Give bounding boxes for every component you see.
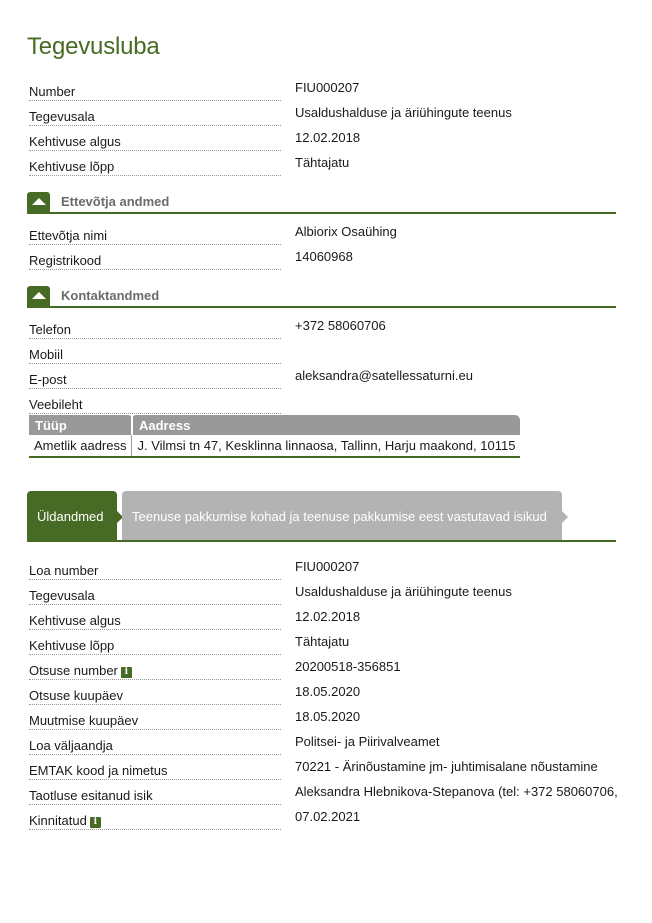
address-type-cell: Ametlik aadress	[29, 435, 132, 457]
detail-label: Loa väljaandja	[29, 731, 281, 755]
chevron-up-icon[interactable]	[27, 286, 50, 306]
address-table: Tüüp Aadress Ametlik aadress J. Vilmsi t…	[29, 415, 520, 458]
detail-label: Mobiil	[29, 340, 281, 364]
detail-row: Kinnitatudi 07.02.2021	[27, 806, 616, 831]
detail-value: 12.02.2018	[295, 606, 360, 630]
phone-value: +372 58060706	[295, 315, 386, 339]
company-section-header[interactable]: Ettevõtja andmed	[27, 192, 616, 214]
detail-label: Veebileht	[29, 390, 281, 414]
detail-value: 14060968	[295, 246, 353, 270]
detail-value: Tähtajatu	[295, 631, 349, 655]
detail-row: EMTAK kood ja nimetus 70221 - Ärinõustam…	[27, 756, 616, 781]
detail-value: Tähtajatu	[295, 152, 349, 176]
detail-label: Taotluse esitanud isik	[29, 781, 281, 805]
detail-label: Telefon	[29, 315, 281, 339]
detail-value: FIU000207	[295, 77, 359, 101]
detail-value: 20200518-356851	[295, 656, 401, 680]
section-title: Kontaktandmed	[61, 288, 159, 303]
detail-row: Taotluse esitanud isik Aleksandra Hlebni…	[27, 781, 616, 806]
detail-label: Kehtivuse algus	[29, 127, 281, 151]
detail-value: Aleksandra Hlebnikova-Stepanova (tel: +3…	[295, 781, 618, 805]
detail-label: Otsuse numberi	[29, 656, 281, 680]
detail-label: Number	[29, 77, 281, 101]
detail-row: Mobiil	[27, 340, 616, 365]
detail-value: Politsei- ja Piirivalveamet	[295, 731, 440, 755]
detail-row: Registrikood 14060968	[27, 246, 616, 271]
detail-row: Otsuse kuupäev 18.05.2020	[27, 681, 616, 706]
column-header-address: Aadress	[132, 415, 520, 435]
detail-row: Tegevusala Usaldushalduse ja äriühingute…	[27, 581, 616, 606]
detail-label: Muutmise kuupäev	[29, 706, 281, 730]
tab-service-locations[interactable]: Teenuse pakkumise kohad ja teenuse pakku…	[122, 491, 562, 540]
detail-label: EMTAK kood ja nimetus	[29, 756, 281, 780]
contact-section-header[interactable]: Kontaktandmed	[27, 286, 616, 308]
detail-row: Loa väljaandja Politsei- ja Piirivalveam…	[27, 731, 616, 756]
tab-bar: Üldandmed Teenuse pakkumise kohad ja tee…	[27, 491, 616, 542]
detail-row: Kehtivuse algus 12.02.2018	[27, 127, 616, 152]
detail-label: Kehtivuse lõpp	[29, 631, 281, 655]
column-header-type: Tüüp	[29, 415, 132, 435]
detail-value: 18.05.2020	[295, 681, 360, 705]
detail-value: 18.05.2020	[295, 706, 360, 730]
detail-row: Otsuse numberi 20200518-356851	[27, 656, 616, 681]
detail-value: 07.02.2021	[295, 806, 360, 830]
detail-row: Veebileht	[27, 390, 616, 415]
detail-row: Ettevõtja nimi Albiorix Osaühing	[27, 221, 616, 246]
chevron-up-icon[interactable]	[27, 192, 50, 212]
license-details: Number FIU000207 Tegevusala Usaldushaldu…	[27, 77, 616, 177]
detail-row: Loa number FIU000207	[27, 556, 616, 581]
detail-row: E-post aleksandra@satellessaturni.eu	[27, 365, 616, 390]
detail-value: Usaldushalduse ja äriühingute teenus	[295, 581, 512, 605]
detail-row: Telefon +372 58060706	[27, 315, 616, 340]
info-icon[interactable]: i	[121, 667, 132, 678]
label-text: Otsuse number	[29, 663, 118, 678]
section-title: Ettevõtja andmed	[61, 194, 169, 209]
detail-label: Kinnitatudi	[29, 806, 281, 830]
detail-value: 70221 - Ärinõustamine jm- juhtimisalane …	[295, 756, 598, 780]
detail-value: 12.02.2018	[295, 127, 360, 151]
detail-row: Tegevusala Usaldushalduse ja äriühingute…	[27, 102, 616, 127]
detail-value: Albiorix Osaühing	[295, 221, 397, 245]
detail-row: Kehtivuse algus 12.02.2018	[27, 606, 616, 631]
detail-row: Muutmise kuupäev 18.05.2020	[27, 706, 616, 731]
detail-label: Tegevusala	[29, 581, 281, 605]
detail-value: Usaldushalduse ja äriühingute teenus	[295, 102, 512, 126]
detail-row: Kehtivuse lõpp Tähtajatu	[27, 631, 616, 656]
page-title: Tegevusluba	[27, 33, 160, 61]
detail-label: Kehtivuse algus	[29, 606, 281, 630]
detail-label: Loa number	[29, 556, 281, 580]
tab-general[interactable]: Üldandmed	[27, 491, 117, 540]
detail-label: E-post	[29, 365, 281, 389]
email-value: aleksandra@satellessaturni.eu	[295, 365, 473, 389]
contact-details: Telefon +372 58060706 Mobiil E-post alek…	[27, 315, 616, 415]
detail-row: Kehtivuse lõpp Tähtajatu	[27, 152, 616, 177]
detail-label: Tegevusala	[29, 102, 281, 126]
detail-value: FIU000207	[295, 556, 359, 580]
address-cell: J. Vilmsi tn 47, Kesklinna linnaosa, Tal…	[132, 435, 520, 457]
detail-label: Registrikood	[29, 246, 281, 270]
detail-label: Otsuse kuupäev	[29, 681, 281, 705]
label-text: Kinnitatud	[29, 813, 87, 828]
table-row: Ametlik aadress J. Vilmsi tn 47, Kesklin…	[29, 435, 520, 457]
general-details: Loa number FIU000207 Tegevusala Usaldush…	[27, 556, 616, 831]
company-details: Ettevõtja nimi Albiorix Osaühing Registr…	[27, 221, 616, 271]
detail-label: Ettevõtja nimi	[29, 221, 281, 245]
info-icon[interactable]: i	[90, 817, 101, 828]
detail-row: Number FIU000207	[27, 77, 616, 102]
detail-label: Kehtivuse lõpp	[29, 152, 281, 176]
